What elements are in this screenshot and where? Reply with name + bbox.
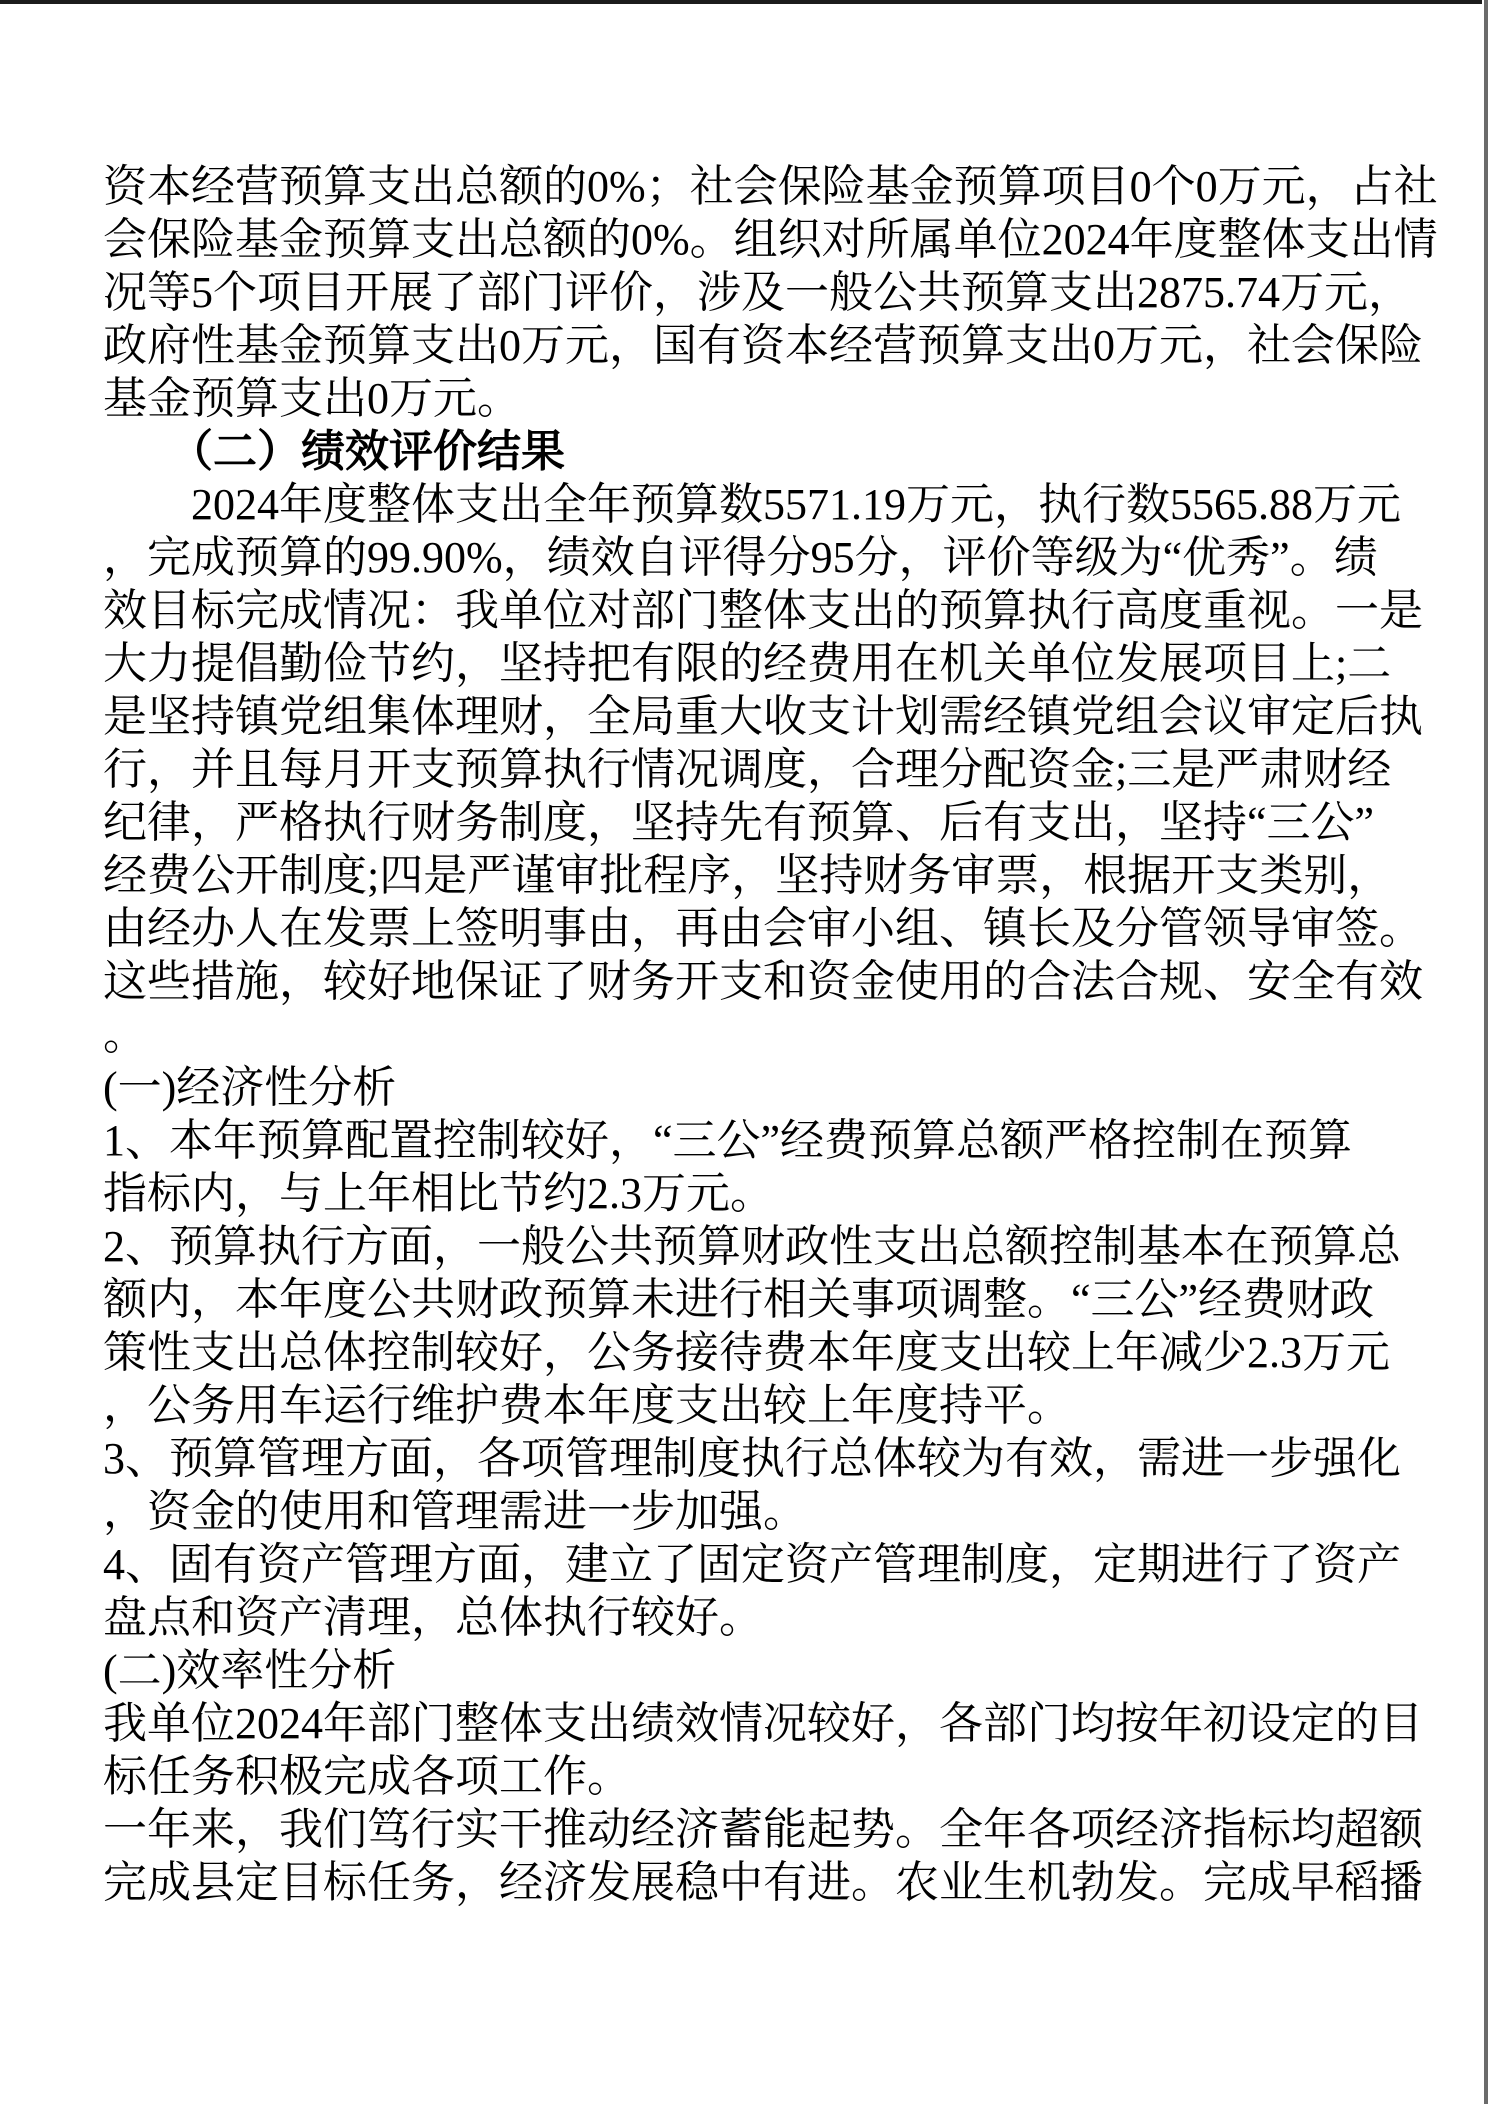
text-line: ，公务用车运行维护费本年度支出较上年度持平。 — [103, 1379, 1403, 1432]
text-line: ，资金的使用和管理需进一步加强。 — [103, 1485, 1403, 1538]
text-line: 指标内，与上年相比节约2.3万元。 — [103, 1167, 1403, 1220]
text-line: 况等5个项目开展了部门评价，涉及一般公共预算支出2875.74万元， — [103, 266, 1403, 319]
text-line: 我单位2024年部门整体支出绩效情况较好，各部门均按年初设定的目 — [103, 1697, 1403, 1750]
text-line: 策性支出总体控制较好，公务接待费本年度支出较上年减少2.3万元 — [103, 1326, 1403, 1379]
text-line: 3、预算管理方面，各项管理制度执行总体较为有效，需进一步强化 — [103, 1432, 1403, 1485]
page-right-border — [1484, 0, 1488, 2104]
text-line: 由经办人在发票上签明事由，再由会审小组、镇长及分管领导审签。 — [103, 902, 1403, 955]
text-line: 。 — [103, 1008, 1403, 1061]
text-line: 大力提倡勤俭节约，坚持把有限的经费用在机关单位发展项目上;二 — [103, 637, 1403, 690]
text-line: 完成县定目标任务，经济发展稳中有进。农业生机勃发。完成早稻播 — [103, 1856, 1403, 1909]
document-page: 资本经营预算支出总额的0%；社会保险基金预算项目0个0万元，占社 会保险基金预算… — [0, 0, 1488, 2104]
text-line: 4、固有资产管理方面，建立了固定资产管理制度，定期进行了资产 — [103, 1538, 1403, 1591]
text-line: 2024年度整体支出全年预算数5571.19万元，执行数5565.88万元 — [103, 478, 1403, 531]
text-line: 行，并且每月开支预算执行情况调度，合理分配资金;三是严肃财经 — [103, 743, 1403, 796]
text-line: 额内，本年度公共财政预算未进行相关事项调整。“三公”经费财政 — [103, 1273, 1403, 1326]
text-line: 会保险基金预算支出总额的0%。组织对所属单位2024年度整体支出情 — [103, 213, 1403, 266]
text-line: 资本经营预算支出总额的0%；社会保险基金预算项目0个0万元，占社 — [103, 160, 1403, 213]
text-line: 效目标完成情况：我单位对部门整体支出的预算执行高度重视。一是 — [103, 584, 1403, 637]
text-line: 一年来，我们笃行实干推动经济蓄能起势。全年各项经济指标均超额 — [103, 1803, 1403, 1856]
subsection-heading-economy: (一)经济性分析 — [103, 1061, 1403, 1114]
text-line: 1、本年预算配置控制较好，“三公”经费预算总额严格控制在预算 — [103, 1114, 1403, 1167]
text-line: 2、预算执行方面，一般公共预算财政性支出总额控制基本在预算总 — [103, 1220, 1403, 1273]
text-line: 盘点和资产清理，总体执行较好。 — [103, 1591, 1403, 1644]
text-line: 政府性基金预算支出0万元，国有资本经营预算支出0万元，社会保险 — [103, 319, 1403, 372]
text-line: 是坚持镇党组集体理财，全局重大收支计划需经镇党组会议审定后执 — [103, 690, 1403, 743]
text-line: 经费公开制度;四是严谨审批程序，坚持财务审票，根据开支类别， — [103, 849, 1403, 902]
text-line: ，完成预算的99.90%，绩效自评得分95分，评价等级为“优秀”。绩 — [103, 531, 1403, 584]
page-content: 资本经营预算支出总额的0%；社会保险基金预算项目0个0万元，占社 会保险基金预算… — [103, 160, 1403, 1909]
text-line: 纪律，严格执行财务制度，坚持先有预算、后有支出，坚持“三公” — [103, 796, 1403, 849]
subsection-heading-efficiency: (二)效率性分析 — [103, 1644, 1403, 1697]
text-line: 基金预算支出0万元。 — [103, 372, 1403, 425]
section-heading: （二）绩效评价结果 — [103, 425, 1403, 478]
text-line: 这些措施，较好地保证了财务开支和资金使用的合法合规、安全有效 — [103, 955, 1403, 1008]
page-top-border — [0, 0, 1482, 4]
text-line: 标任务积极完成各项工作。 — [103, 1750, 1403, 1803]
